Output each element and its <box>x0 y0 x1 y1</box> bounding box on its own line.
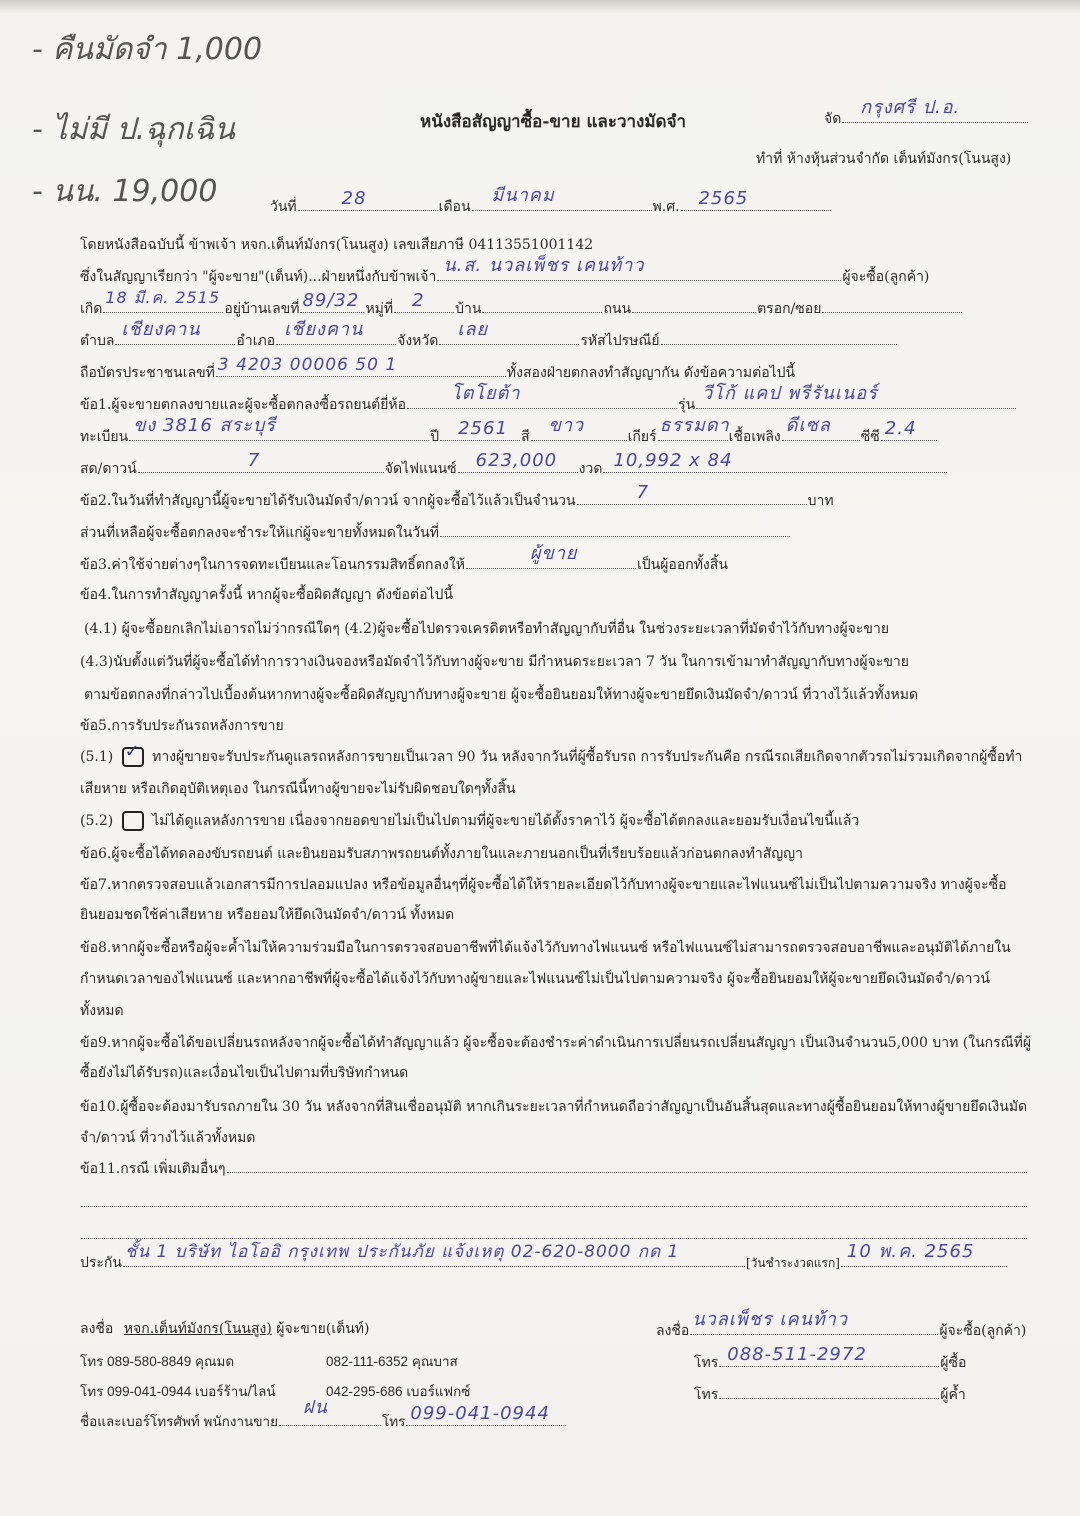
clause-8a: ข้อ8.หากผู้จะซื้อหรือผู้จะค้ำไม่ให้ความร… <box>80 937 1011 959</box>
salesperson-tel-value: 099-041-0944 <box>410 1403 550 1424</box>
color-input[interactable]: ขาว <box>531 426 627 441</box>
buyer-signature-row: ลงชื่อ นวลเพ็ชร เคนท้าว ผู้จะซื้อ(ลูกค้า… <box>656 1320 1026 1342</box>
made-at: ทำที่ ห้างหุ้นส่วนจำกัด เต็นท์มังกร(โนนส… <box>756 148 1011 170</box>
clause-2b-text: ส่วนที่เหลือผู้จะซื้อตกลงจะชำระให้แก่ผู้… <box>80 522 439 544</box>
color-label: สี <box>521 426 530 448</box>
side-note-no-emergency: - ไม่มี ป.ฉุกเฉิน <box>32 106 235 153</box>
buyer-tel-role: ผู้ซื้อ <box>940 1352 966 1374</box>
clause-3-row: ข้อ3.ค่าใช้จ่ายต่างๆในการจดทะเบียนและโอน… <box>80 554 728 576</box>
clause-11-input[interactable] <box>227 1158 1027 1173</box>
baht-label: บาท <box>808 490 834 512</box>
date-input[interactable]: 28 <box>298 196 438 211</box>
plate-label: ทะเบียน <box>80 426 128 448</box>
road-input[interactable] <box>632 298 756 313</box>
paper-edge-shadow <box>0 0 1080 14</box>
clause-5-2-text: ไม่ได้ดูแลหลังการขาย เนื่องจากยอดขายไม่เ… <box>152 813 859 829</box>
insurance-input[interactable]: ชั้น 1 บริษัท ไอโออิ กรุงเทพ ประกันภัย แ… <box>123 1252 745 1267</box>
finance-label: จัดไฟแนนซ์ <box>385 458 457 480</box>
clause-3-text: ข้อ3.ค่าใช้จ่ายต่างๆในการจดทะเบียนและโอน… <box>80 554 465 576</box>
guarantor-tel-input[interactable] <box>719 1384 939 1399</box>
district-label: อำเภอ <box>236 330 275 352</box>
id-label: ถือบัตรประชาชนเลขที่ <box>80 362 215 384</box>
deposit-amount-value: 7 <box>637 482 649 503</box>
document-title: หนังสือสัญญาซื้อ-ขาย และวางมัดจำ <box>420 108 686 135</box>
clause-2-row: ข้อ2.ในวันที่ทำสัญญานี้ผู้จะขายได้รับเงิ… <box>80 490 834 512</box>
clause-7b: ยินยอมชดใช้ค่าเสียหาย หรือยอมให้ยึดเงินม… <box>80 904 454 926</box>
postcode-input[interactable] <box>661 330 897 345</box>
subdistrict-label: ตำบล <box>80 330 114 352</box>
date-value: 28 <box>342 188 367 209</box>
vehicle-price-row: สด/ดาวน์ 7 จัดไฟแนนซ์ 623,000 งวด 10,992… <box>80 458 948 480</box>
clause-9b: ซื้อยังไม่ได้รับรถ)และเงื่อนไขเป็นไปตามท… <box>80 1062 408 1084</box>
province-label: จังหวัด <box>397 330 438 352</box>
salesperson-row: ชื่อและเบอร์โทรศัพท์ พนักงานขาย ฝน โทร 0… <box>80 1410 567 1432</box>
buyer-signature-value: นวลเพ็ชร เคนท้าว <box>692 1304 848 1333</box>
address-row-2: ตำบล เชียงคาน อำเภอ เชียงคาน จังหวัด เลย… <box>80 330 898 352</box>
clause-6: ข้อ6.ผู้จะซื้อได้ทดลองขับรถยนต์ และยินยอ… <box>80 843 803 865</box>
no-warranty-checkbox[interactable] <box>122 811 144 831</box>
down-value: 7 <box>248 450 260 471</box>
clause-5-1b: เสียหาย หรือเกิดอุบัติเหตุเอง ในกรณีนี้ท… <box>80 778 516 800</box>
clause-5-1-text: ทางผู้ขายจะรับประกันดูแลรถหลังการขายเป็น… <box>152 749 1022 765</box>
phone-2: 082-111-6352 คุณบาส <box>326 1350 458 1372</box>
clause-5-1-number: (5.1) <box>80 749 113 765</box>
fuel-label: เชื้อเพลิง <box>729 426 781 448</box>
clause-5-2-row: (5.2) ไม่ได้ดูแลหลังการขาย เนื่องจากยอดข… <box>80 810 859 832</box>
soi-label: ตรอก/ซอย <box>757 298 821 320</box>
branch-label: จัด <box>824 108 841 130</box>
branch-input[interactable]: กรุงศรี ป.อ. <box>842 108 1028 123</box>
vehicle-year-value: 2561 <box>458 418 508 439</box>
guarantor-tel-row: โทร ผู้ค้ำ <box>694 1384 966 1406</box>
seller-signature-row: ลงชื่อ หจก.เต็นท์มังกร(โนนสูง) ผู้จะขาย(… <box>80 1318 369 1340</box>
first-payment-value: 10 พ.ค. 2565 <box>847 1236 975 1265</box>
house-no-value: 89/32 <box>302 290 359 311</box>
cc-value: 2.4 <box>885 418 917 439</box>
salesperson-label: ชื่อและเบอร์โทรศัพท์ พนักงานขาย <box>80 1410 278 1432</box>
brand-value: โตโยต้า <box>451 378 520 407</box>
finance-value: 623,000 <box>476 450 557 471</box>
clause-11-row: ข้อ11.กรณี เพิ่มเติมอื่นๆ <box>80 1158 1028 1180</box>
installment-input[interactable]: 10,992 x 84 <box>603 458 947 473</box>
clause-4: ข้อ4.ในการทำสัญญาครั้งนี้ หากผู้จะซื้อผิ… <box>80 584 453 606</box>
salesperson-tel-label: โทร <box>382 1410 405 1432</box>
installment-value: 10,992 x 84 <box>613 450 732 471</box>
address-row-1: เกิด 18 มี.ค. 2515 อยู่บ้านเลขที่ 89/32 … <box>80 298 963 320</box>
buyer-tel-label: โทร <box>694 1352 718 1374</box>
month-value: มีนาคม <box>492 180 555 209</box>
guarantor-tel-label: โทร <box>694 1384 718 1406</box>
buyer-name-value: น.ส. นวลเพ็ชร เคนท้าว <box>443 250 644 279</box>
road-label: ถนน <box>603 298 631 320</box>
clause-4-1: (4.1) ผู้จะซื้อยกเลิกไม่เอารถไม่ว่ากรณีใ… <box>84 618 889 640</box>
cc-label: ซีซี <box>861 426 880 448</box>
month-input[interactable]: มีนาคม <box>472 196 652 211</box>
buyer-signature-input[interactable]: นวลเพ็ชร เคนท้าว <box>690 1320 938 1335</box>
down-input[interactable]: 7 <box>138 458 384 473</box>
clause-10a: ข้อ10.ผู้ซื้อจะต้องมารับรถภายใน 30 วัน ห… <box>80 1096 1027 1118</box>
date-row: วันที่ 28 เดือน มีนาคม พ.ศ. 2565 <box>270 196 832 218</box>
phone-1: โทร 089-580-8849 คุณมด <box>80 1350 234 1372</box>
plate-value: ขง 3816 สระบุรี <box>133 410 276 439</box>
province-input[interactable]: เลย <box>439 330 579 345</box>
vehicle-detail-row: ทะเบียน ขง 3816 สระบุรี ปี 2561 สี ขาว เ… <box>80 426 938 448</box>
village-input[interactable] <box>482 298 602 313</box>
buyer-role-label: ผู้จะซื้อ(ลูกค้า) <box>842 266 929 288</box>
model-input[interactable]: วีโก้ แคป พรีรันเนอร์ <box>696 394 1016 409</box>
color-value: ขาว <box>549 410 585 439</box>
salesperson-tel-input[interactable]: 099-041-0944 <box>406 1411 566 1426</box>
buyer-sign-role: ผู้จะซื้อ(ลูกค้า) <box>939 1320 1026 1342</box>
buyer-sign-label: ลงชื่อ <box>656 1320 689 1342</box>
id-value: 3 4203 00006 50 1 <box>218 355 397 375</box>
model-value: วีโก้ แคป พรีรันเนอร์ <box>702 378 878 407</box>
clause-2b-row: ส่วนที่เหลือผู้จะซื้อตกลงจะชำระให้แก่ผู้… <box>80 522 791 544</box>
expense-payer-input[interactable]: ผู้ขาย <box>466 554 636 569</box>
year-value: 2565 <box>699 188 749 209</box>
insurance-label: ประกัน <box>80 1252 122 1274</box>
fuel-value: ดีเซล <box>786 410 831 439</box>
insurance-row: ประกัน ชั้น 1 บริษัท ไอโออิ กรุงเทพ ประก… <box>80 1252 1008 1274</box>
cc-input[interactable]: 2.4 <box>881 426 937 441</box>
guarantor-tel-role: ผู้ค้ำ <box>940 1384 965 1406</box>
seller-sign-label: ลงชื่อ <box>80 1321 113 1337</box>
gear-label: เกียร์ <box>628 426 657 448</box>
soi-input[interactable] <box>822 298 962 313</box>
vehicle-year-label: ปี <box>430 426 439 448</box>
seller-role: ผู้จะขาย(เต็นท์) <box>276 1321 369 1337</box>
born-label: เกิด <box>80 298 102 320</box>
clause-10b: จำ/ดาวน์ ที่วางไว้แล้วทั้งหมด <box>80 1127 255 1149</box>
moo-input[interactable]: 2 <box>394 298 454 313</box>
fuel-input[interactable]: ดีเซล <box>782 426 860 441</box>
year-label: พ.ศ. <box>653 196 680 218</box>
clause-3-suffix: เป็นผู้ออกทั้งสิ้น <box>637 554 728 576</box>
clause-11-extra-input-1[interactable] <box>81 1192 1027 1207</box>
postcode-label: รหัสไปรษณีย์ <box>580 330 659 352</box>
clause-5-2-number: (5.2) <box>80 813 113 829</box>
buyer-name-input[interactable]: น.ส. นวลเพ็ชร เคนท้าว <box>437 266 841 281</box>
plate-input[interactable]: ขง 3816 สระบุรี <box>129 426 429 441</box>
gear-value: ธรรมดา <box>660 410 730 439</box>
phone-3: โทร 099-041-0944 เบอร์ร้าน/ไลน์ <box>80 1380 276 1402</box>
salesperson-name-input[interactable]: ฝน <box>279 1411 381 1426</box>
id-input[interactable]: 3 4203 00006 50 1 <box>216 362 506 377</box>
buyer-tel-input[interactable]: 088-511-2972 <box>719 1352 939 1367</box>
insurance-value: ชั้น 1 บริษัท ไอโออิ กรุงเทพ ประกันภัย แ… <box>125 1238 679 1265</box>
expense-payer-value: ผู้ขาย <box>530 538 578 567</box>
clause-2-text: ข้อ2.ในวันที่ทำสัญญานี้ผู้จะขายได้รับเงิ… <box>80 490 576 512</box>
year-input[interactable]: 2565 <box>681 196 831 211</box>
province-value: เลย <box>457 314 488 343</box>
date-label: วันที่ <box>270 196 297 218</box>
first-payment-input[interactable]: 10 พ.ค. 2565 <box>841 1252 1007 1267</box>
moo-label: หมู่ที่ <box>365 298 393 320</box>
clause-11-extra-line-1 <box>80 1192 1028 1207</box>
seller-name: หจก.เต็นท์มังกร(โนนสูง) <box>124 1321 272 1337</box>
moo-value: 2 <box>412 290 424 311</box>
side-note-weight: - นน. 19,000 <box>32 168 217 215</box>
clause-11-label: ข้อ11.กรณี เพิ่มเติมอื่นๆ <box>80 1158 226 1180</box>
branch-value: กรุงศรี ป.อ. <box>860 92 960 121</box>
installment-label: งวด <box>579 458 603 480</box>
phone-4: 042-295-686 เบอร์แฟกซ์ <box>326 1380 470 1402</box>
clause-4-4: ตามข้อตกลงที่กล่าวไปเบื้องต้นหากทางผู้จะ… <box>84 684 918 706</box>
remaining-date-input[interactable] <box>440 522 790 537</box>
buyer-tel-value: 088-511-2972 <box>727 1344 867 1365</box>
subdistrict-input[interactable]: เชียงคาน <box>115 330 235 345</box>
gear-input[interactable]: ธรรมดา <box>658 426 728 441</box>
clause-8b: กำหนดเวลาของไฟแนนซ์ และหากอาชีพที่ผู้จะซ… <box>80 968 990 990</box>
clause-7a: ข้อ7.หากตรวจสอบแล้วเอกสารมีการปลอมแปลง ห… <box>80 874 1007 896</box>
clause-5-1-row: (5.1) ✓ ทางผู้ขายจะรับประกันดูแลรถหลังกา… <box>80 746 1022 768</box>
clause-4-3: (4.3)นับตั้งแต่วันที่ผู้จะซื้อได้ทำการวา… <box>80 651 909 673</box>
finance-input[interactable]: 623,000 <box>458 458 578 473</box>
clause-5: ข้อ5.การรับประกันรถหลังการขาย <box>80 715 284 737</box>
clause-9a: ข้อ9.หากผู้จะซื้อได้ขอเปลี่ยนรถหลังจากผู… <box>80 1032 1031 1054</box>
vehicle-year-input[interactable]: 2561 <box>440 426 520 441</box>
month-label: เดือน <box>439 196 471 218</box>
subdistrict-value: เชียงคาน <box>121 314 200 343</box>
branch-field: จัด กรุงศรี ป.อ. <box>824 108 1029 130</box>
brand-input[interactable]: โตโยต้า <box>407 394 677 409</box>
side-note-deposit-refund: - คืนมัดจำ 1,000 <box>32 26 262 73</box>
checkmark-icon: ✓ <box>125 741 140 762</box>
salesperson-name-value: ฝน <box>303 1392 328 1421</box>
id-row: ถือบัตรประชาชนเลขที่ 3 4203 00006 50 1 ท… <box>80 362 795 384</box>
buyer-row: ซึ่งในสัญญาเรียกว่า "ผู้จะขาย"(เต็นท์)..… <box>80 266 929 288</box>
district-input[interactable]: เชียงคาน <box>276 330 396 345</box>
born-value: 18 มี.ค. 2515 <box>105 286 220 311</box>
house-no-input[interactable]: 89/32 <box>300 298 364 313</box>
deposit-amount-input[interactable]: 7 <box>577 490 807 505</box>
first-payment-label: [วันชำระงวดแรก] <box>746 1254 840 1273</box>
born-input[interactable]: 18 มี.ค. 2515 <box>103 298 223 313</box>
district-value: เชียงคาน <box>284 314 363 343</box>
down-label: สด/ดาวน์ <box>80 458 137 480</box>
warranty-90-days-checkbox[interactable]: ✓ <box>122 747 144 767</box>
seller-label: ซึ่งในสัญญาเรียกว่า "ผู้จะขาย"(เต็นท์)..… <box>80 266 436 288</box>
buyer-tel-row: โทร 088-511-2972 ผู้ซื้อ <box>694 1352 966 1374</box>
clause-8c: ทั้งหมด <box>80 1000 124 1022</box>
